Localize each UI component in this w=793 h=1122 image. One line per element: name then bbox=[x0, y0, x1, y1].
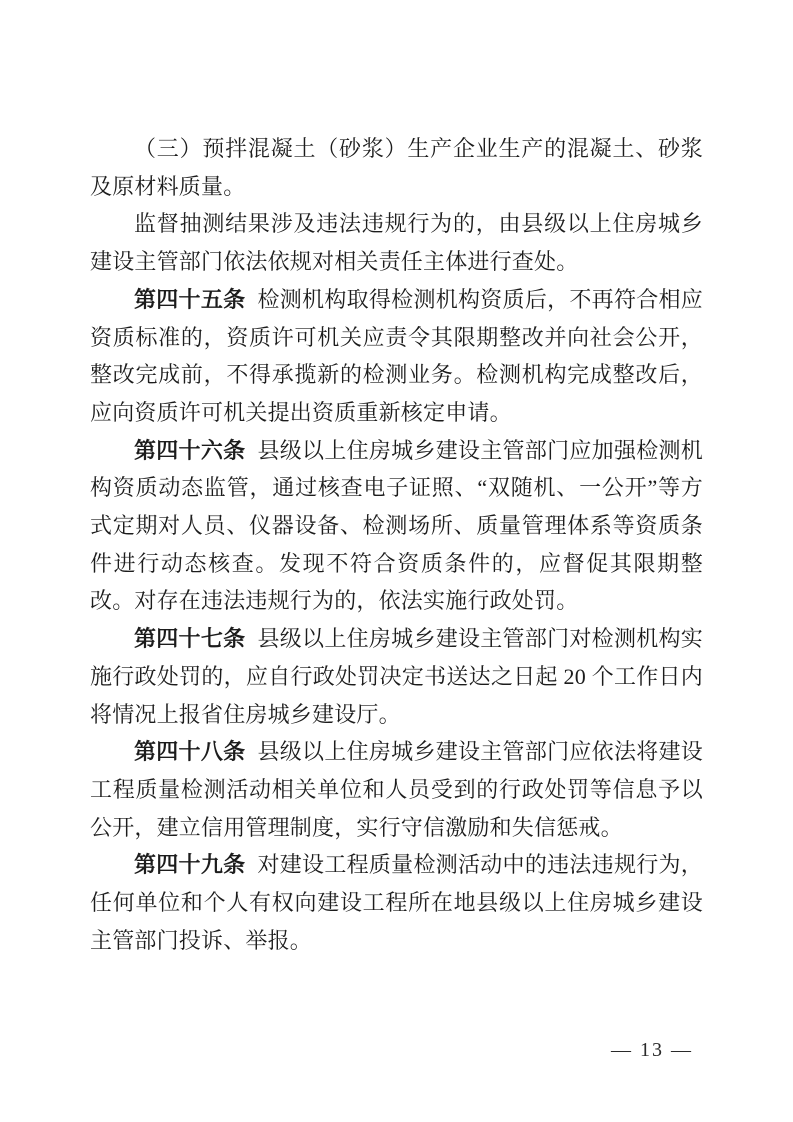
article-number-heading: 第四十五条 bbox=[134, 287, 245, 312]
clause-paragraph: 第四十五条检测机构取得检测机构资质后，不再符合相应资质标准的，资质许可机关应责令… bbox=[90, 281, 703, 432]
article-number-heading: 第四十七条 bbox=[134, 626, 245, 651]
paragraph: （三）预拌混凝土（砂浆）生产企业生产的混凝土、砂浆及原材料质量。 bbox=[90, 130, 703, 205]
document-page: （三）预拌混凝土（砂浆）生产企业生产的混凝土、砂浆及原材料质量。 监督抽测结果涉… bbox=[0, 0, 793, 1122]
paragraph-text: 监督抽测结果涉及违法违规行为的，由县级以上住房城乡建设主管部门依法依规对相关责任… bbox=[90, 211, 703, 274]
clause-paragraph: 第四十九条对建设工程质量检测活动中的违法违规行为，任何单位和个人有权向建设工程所… bbox=[90, 846, 703, 959]
paragraph-text: （三）预拌混凝土（砂浆）生产企业生产的混凝土、砂浆及原材料质量。 bbox=[90, 136, 703, 199]
page-number: — 13 — bbox=[611, 1039, 693, 1061]
clause-paragraph: 第四十七条县级以上住房城乡建设主管部门对检测机构实施行政处罚的，应自行政处罚决定… bbox=[90, 620, 703, 733]
clause-paragraph: 第四十六条县级以上住房城乡建设主管部门应加强检测机构资质动态监管，通过核查电子证… bbox=[90, 432, 703, 621]
clause-paragraph: 第四十八条县级以上住房城乡建设主管部门应依法将建设工程质量检测活动相关单位和人员… bbox=[90, 733, 703, 846]
document-body: （三）预拌混凝土（砂浆）生产企业生产的混凝土、砂浆及原材料质量。 监督抽测结果涉… bbox=[90, 130, 703, 959]
article-number-heading: 第四十六条 bbox=[134, 438, 245, 463]
paragraph: 监督抽测结果涉及违法违规行为的，由县级以上住房城乡建设主管部门依法依规对相关责任… bbox=[90, 205, 703, 280]
paragraph-text: 县级以上住房城乡建设主管部门应加强检测机构资质动态监管，通过核查电子证照、“双随… bbox=[90, 438, 703, 614]
page-footer: — 13 — bbox=[611, 1039, 693, 1062]
article-number-heading: 第四十九条 bbox=[134, 852, 245, 877]
article-number-heading: 第四十八条 bbox=[134, 739, 245, 764]
